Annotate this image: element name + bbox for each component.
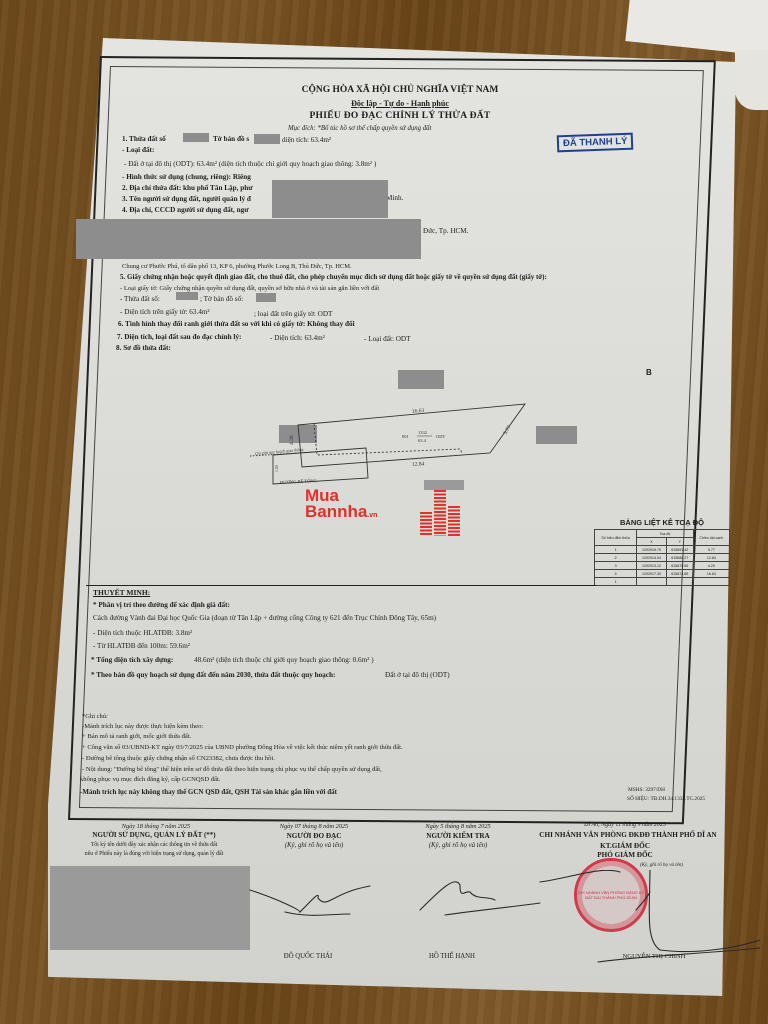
boundary-change: 6. Tình hình thay đổi ranh giới thửa đất…: [118, 320, 355, 329]
inspector-note: (Ký, ghi rõ họ và tên): [398, 841, 518, 850]
header-vertex: Số hiệu đỉnh thửa: [595, 530, 637, 546]
svg-text:ODT: ODT: [436, 434, 445, 439]
position-text: Cách đường Vành đai Đại học Quốc Gia (đo…: [93, 614, 436, 623]
document-title: PHIẾU ĐO ĐẠC CHỈNH LÝ THỬA ĐẤT: [230, 112, 570, 121]
coordinate-cell-y: 615691.42: [666, 546, 693, 554]
coordinate-table: BẢNG LIỆT KÊ TOẠ ĐỘ Số hiệu đỉnh thửa To…: [594, 518, 730, 586]
office-date: Dĩ An, Ngày 11 tháng 9 năm 2025: [560, 821, 690, 830]
coordinate-cell-id: 2: [595, 554, 637, 562]
coordinate-row: 31202913.12615675.554.20: [595, 562, 730, 570]
muabannha-watermark: Mua Bannha.vn: [305, 488, 377, 524]
redacted-user-signature: [50, 866, 250, 950]
svg-text:ĐƯỜNG BÊ TÔNG: ĐƯỜNG BÊ TÔNG: [280, 478, 318, 485]
land-type-on-document: ; loại đất trên giấy tờ: ODT: [254, 310, 332, 319]
coordinate-row: 21202914.94615688.2712.84: [595, 554, 730, 562]
coordinate-row: 41202917.30615674.8516.63: [595, 570, 730, 578]
owner-address-line-2: Chung cư Phước Phú, tổ dân phố 13, KP 6,…: [122, 262, 352, 271]
map-sheet-label: Tờ bản đồ s: [213, 135, 249, 144]
coordinate-cell-y: 615675.55: [666, 562, 693, 570]
handwritten-signatures: [240, 870, 760, 980]
background-paper-corner: [735, 50, 768, 110]
redacted-owner-info: [272, 180, 388, 218]
certificate-doc-type: - Loại giấy tờ: Giấy chứng nhận quyền sử…: [120, 284, 379, 293]
header-coordinates: Toạ độ: [637, 530, 693, 538]
certificate-map-sheet-label: ; Tờ bản đồ số:: [200, 295, 243, 304]
parcel-address: 2. Địa chỉ thửa đất: khu phố Tân Lập, ph…: [122, 184, 253, 193]
certificate-heading: 5. Giấy chứng nhận hoặc quyết định giao …: [120, 273, 547, 282]
surveyor-date: Ngày 07 tháng 8 năm 2025: [254, 822, 374, 831]
svg-text:63.4: 63.4: [418, 438, 427, 443]
header-x: X: [637, 538, 667, 546]
header-edge-length: Chiều dài cạnh: [693, 530, 729, 546]
owner-name-label: 3. Tên người sử dụng đất, người quản lý …: [122, 195, 251, 204]
parcel-diagram-label: 8. Sơ đồ thửa đất:: [116, 344, 171, 353]
user-sign-note-1: Tôi ký tên dưới đây xác nhận các thông t…: [66, 841, 242, 850]
user-sign-note-2: nêu ở Phiếu này là đúng với hiện trạng s…: [64, 850, 244, 859]
coordinate-cell-len: 4.20: [693, 562, 729, 570]
svg-text:1.50: 1.50: [275, 465, 279, 472]
parcel-area: diện tích: 63.4m²: [282, 136, 331, 145]
north-arrow-label: B: [646, 368, 652, 377]
office-role-3: PHÓ GIÁM ĐỐC: [560, 851, 690, 860]
inspector-role: NGƯỜI KIỂM TRA: [398, 832, 518, 841]
so-hieu: SỐ HIỆU: TĐ.DH.34.1332.TC.2025: [627, 795, 705, 804]
user-sign-role: NGƯỜI SỬ DỤNG, QUẢN LÝ ĐẤT (**): [74, 831, 234, 840]
country-heading: CỘNG HÒA XÃ HỘI CHỦ NGHĨA VIỆT NAM: [250, 86, 550, 95]
land-type-after-survey: - Loại đất: ODT: [364, 335, 411, 344]
owner-address-tail: Đức, Tp. HCM.: [423, 227, 469, 236]
watermark-building-logo-icon: [420, 490, 468, 536]
planning-value: Đất ở tại đô thị (ODT): [385, 671, 450, 680]
coordinate-cell-x: 1202919.75: [637, 546, 667, 554]
note-2: + Bản mô tả ranh giới, mốc giới thửa đất…: [82, 732, 191, 741]
coordinate-cell-len: 16.63: [693, 570, 729, 578]
redacted-parcel-number: [183, 133, 209, 142]
parcel-diagram: 16.63 5.77 12.84 4.20 001 1332 63.4 ODT …: [240, 360, 640, 490]
explanation-title: THUYẾT MINH:: [93, 588, 150, 597]
redacted-certificate-map: [256, 293, 276, 302]
purpose-line: Mục đích: *Bổ túc hồ sơ thế chấp quyền s…: [288, 124, 431, 133]
land-type-label: - Loại đất:: [122, 146, 154, 155]
redacted-small: [424, 480, 464, 490]
inspector-date: Ngày 5 tháng 8 năm 2025: [398, 822, 518, 831]
area-after-survey-label: 7. Diện tích, loại đất sau đo đạc chỉnh …: [117, 333, 241, 342]
note-3: + Công văn số 03/UBND-KT ngày 03/7/2025 …: [82, 743, 403, 752]
parcel-number-label: 1. Thửa đất số: [122, 135, 166, 144]
mshs: MSHS: 3297/DH: [628, 786, 665, 795]
area-after-survey: - Diện tích: 63.4m²: [270, 334, 325, 343]
watermark-suffix: .vn: [367, 512, 377, 519]
certificate-parcel-label: - Thửa đất số:: [120, 295, 160, 304]
planning-label: * Theo bản đồ quy hoạch sử dụng đất đến …: [91, 671, 335, 680]
coordinate-cell-x: 1202917.30: [637, 570, 667, 578]
owner-address-label: 4. Địa chỉ, CCCD người sử dụng đất, ngư: [122, 206, 249, 215]
note-1: -Mảnh trích lục này được thực hiện kèm t…: [82, 722, 203, 731]
header-y: Y: [666, 538, 693, 546]
section-divider: [86, 585, 596, 586]
office-role: CHI NHÁNH VĂN PHÒNG ĐKĐĐ THÀNH PHỐ DĨ AN: [528, 831, 728, 840]
land-type-value: - Đất ở tại đô thị (ODT): 63.4m² (diện t…: [124, 160, 376, 169]
usage-form: - Hình thức sử dụng (chung, riêng): Riên…: [122, 173, 251, 182]
coordinate-cell-len: 5.77: [693, 546, 729, 554]
coordinate-cell-x: 1202914.94: [637, 554, 667, 562]
coordinate-table-title: BẢNG LIỆT KÊ TOẠ ĐỘ: [594, 518, 730, 527]
office-role-2: KT.GIÁM ĐỐC: [560, 842, 690, 851]
total-build-label: * Tổng diện tích xây dựng:: [91, 656, 173, 665]
redacted-certificate-parcel: [176, 292, 198, 300]
motto: Độc lập - Tự do - Hạnh phúc: [250, 99, 550, 108]
svg-text:1332: 1332: [418, 430, 427, 435]
coordinate-cell-x: [637, 578, 667, 586]
note-5: - Nội dung: "Đường bê tông" thể hiện trê…: [82, 765, 382, 774]
to-100m-area: - Từ HLATĐB đến 100m: 59.6m²: [93, 642, 190, 651]
liquidated-stamp: ĐÃ THANH LÝ: [557, 133, 634, 153]
svg-text:16.63: 16.63: [412, 408, 425, 415]
coordinate-cell-id: 1: [595, 578, 637, 586]
coordinate-cell-len: [693, 578, 729, 586]
final-note: -Mảnh trích lục này không thay thế GCN Q…: [80, 788, 337, 797]
redacted-owner-id: [76, 219, 421, 259]
svg-text:4.20: 4.20: [289, 435, 295, 445]
redacted-map-sheet: [254, 134, 280, 144]
coordinate-cell-id: 4: [595, 570, 637, 578]
watermark-line-2: Bannha: [305, 502, 367, 521]
office-note: (Ký, ghi rõ họ và tên): [640, 861, 683, 870]
area-on-document: - Diện tích trên giấy tờ: 63.4m²: [120, 308, 210, 317]
coordinate-row: 1: [595, 578, 730, 586]
surveyor-note: (Ký, ghi rõ họ và tên): [254, 841, 374, 850]
note-6: không phục vụ mục đích đăng ký, cấp GCNQ…: [80, 775, 220, 784]
note-4: - Đường bê tông thuộc giấy chứng nhận số…: [82, 754, 275, 763]
position-title: * Phân vị trí theo đường để xác định giá…: [93, 601, 230, 610]
notes-title: *Ghi chú:: [82, 712, 108, 721]
coordinate-cell-id: 1: [595, 546, 637, 554]
parcel-address-tail: Minh.: [386, 194, 403, 203]
total-build-value: 48.6m² (diện tích thuộc chỉ giới quy hoạ…: [194, 656, 374, 665]
coordinate-cell-id: 3: [595, 562, 637, 570]
surveyor-role: NGƯỜI ĐO ĐẠC: [254, 832, 374, 841]
coordinate-row: 11202919.75615691.425.77: [595, 546, 730, 554]
coordinate-cell-x: 1202913.12: [637, 562, 667, 570]
coordinate-cell-y: 615674.85: [666, 570, 693, 578]
hlatdb-area: - Diện tích thuộc HLATĐB: 3.8m²: [93, 629, 192, 638]
coordinate-cell-y: [666, 578, 693, 586]
svg-text:001: 001: [402, 434, 409, 439]
user-sign-date: Ngày 18 tháng 7 năm 2025: [86, 822, 226, 831]
coordinate-cell-len: 12.84: [693, 554, 729, 562]
svg-text:5.77: 5.77: [503, 425, 513, 437]
svg-text:12.84: 12.84: [412, 461, 425, 468]
coordinate-cell-y: 615688.27: [666, 554, 693, 562]
